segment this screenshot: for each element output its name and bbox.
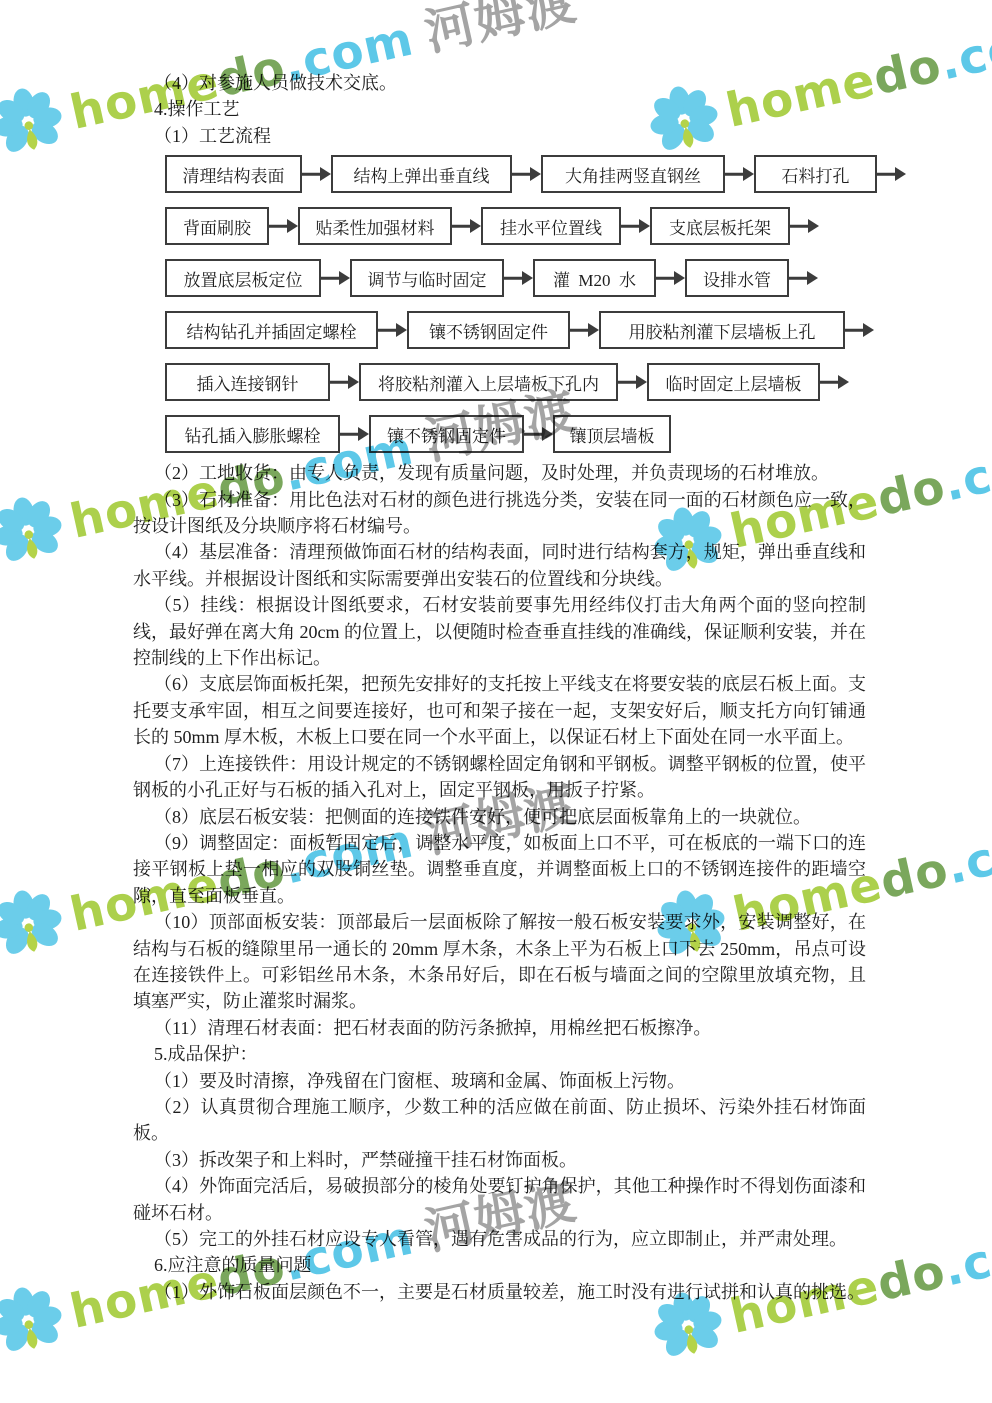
paragraph: （8）底层石板安装：把侧面的连接铁件安好，便可把底层面板靠角上的一块就位。 [133,804,866,830]
section-heading: 6.应注意的质量问题 [133,1252,866,1278]
flow-step-box: 镶顶层墙板 [553,415,671,453]
flow-step-box: 支底层板托架 [650,207,790,245]
arrow-right-icon [656,259,685,297]
arrow-right-icon [570,311,599,349]
watermark-com: .com [935,9,992,91]
arrow-right-icon [789,259,818,297]
arrow-right-icon [524,415,553,453]
flow-step-box: 设排水管 [685,259,789,297]
arrow-right-icon [790,207,819,245]
flow-step-box: 临时固定上层墙板 [647,363,820,401]
arrow-right-icon [845,311,874,349]
watermark-do: do [872,1244,950,1312]
arrow-right-icon [504,259,533,297]
paragraph: （4）对参施人员做技术交底。 [133,70,866,96]
watermark-com: .com [939,1215,992,1297]
paragraph: （11）清理石材表面：把石材表面的防污条掀掉，用棉丝把石板擦净。 [133,1015,866,1041]
flow-step-box: 钻孔插入膨胀螺栓 [165,415,340,453]
flowchart-row: 放置底层板定位 调节与临时固定 灌 M20 水 设排水管 [165,259,866,297]
homedo-flower-icon [0,79,71,165]
flow-step-box: 将胶粘剂灌入上层墙板下孔内 [359,363,618,401]
section-heading: 4.操作工艺 [133,96,866,122]
flowchart-row: 背面刷胶 贴柔性加强材料 挂水平位置线 支底层板托架 [165,207,866,245]
document-content: （4）对参施人员做技术交底。 4.操作工艺 （1）工艺流程 清理结构表面 结构上… [133,0,866,1305]
flow-step-box: 结构钻孔并插固定螺栓 [165,311,378,349]
arrow-right-icon [621,207,650,245]
watermark-com: .com [939,430,992,512]
arrow-right-icon [725,155,754,193]
section-heading: 5.成品保护： [133,1041,866,1067]
paragraph: （7）上连接铁件：用设计规定的不锈钢螺栓固定角钢和平钢板。调整平钢板的位置，使平… [133,751,866,804]
paragraph: （2）认真贯彻合理施工顺序，少数工种的活应做在前面、防止损坏、污染外挂石材饰面板… [133,1094,866,1147]
arrow-right-icon [269,207,298,245]
paragraph: （3）拆改架子和上料时，严禁碰撞干挂石材饰面板。 [133,1147,866,1173]
flow-step-box: 镶不锈钢固定件 [369,415,524,453]
flowchart-row: 钻孔插入膨胀螺栓 镶不锈钢固定件 镶顶层墙板 [165,415,866,453]
homedo-flower-icon [0,1278,71,1364]
flow-step-box: 清理结构表面 [165,155,302,193]
arrow-right-icon [618,363,647,401]
arrow-right-icon [820,363,849,401]
flow-step-box: 贴柔性加强材料 [298,207,452,245]
paragraph: （4）基层准备：清理预做饰面石材的结构表面，同时进行结构套方，规矩，弹出垂直线和… [133,539,866,592]
flow-step-box: 调节与临时固定 [350,259,504,297]
paragraph: （4）外饰面完活后，易破损部分的棱角处要钉护角保护，其他工种操作时不得划伤面漆和… [133,1173,866,1226]
paragraph: （5）挂线：根据设计图纸要求，石材安装前要事先用经纬仪打击大角两个面的竖向控制线… [133,592,866,671]
paragraph: （3）石材准备：用比色法对石材的颜色进行挑选分类，安装在同一面的石材颜色应一致，… [133,487,866,540]
paragraph: （10）顶部面板安装：顶部最后一层面板除了解按一般石板安装要求外，安装调整好，在… [133,909,866,1015]
process-flowchart: 清理结构表面 结构上弹出垂直线 大角挂两竖直钢丝 石料打孔 背面刷胶 贴柔性加强… [165,155,866,453]
arrow-right-icon [302,155,331,193]
flow-step-box: 石料打孔 [754,155,877,193]
homedo-flower-icon [0,881,71,967]
watermark-do: do [868,38,946,106]
watermark-com: .com [942,813,992,895]
arrow-right-icon [378,311,407,349]
flow-step-box: 镶不锈钢固定件 [407,311,570,349]
flow-step-box: 挂水平位置线 [481,207,621,245]
flow-step-box: 用胶粘剂灌下层墙板上孔 [599,311,845,349]
paragraph: （1）要及时清擦，净残留在门窗框、玻璃和金属、饰面板上污物。 [133,1068,866,1094]
paragraph: （9）调整固定：面板暂固定后，调整水平度，如板面上口不平，可在板底的一端下口的连… [133,830,866,909]
watermark-do: do [875,842,953,910]
document-page: homedo.com河姆渡 homedo.com河姆渡 homedo.com河姆… [0,0,992,1403]
flow-step-box: 放置底层板定位 [165,259,321,297]
homedo-flower-icon [0,488,71,574]
flowchart-row: 插入连接钢针 将胶粘剂灌入上层墙板下孔内 临时固定上层墙板 [165,363,866,401]
watermark-do: do [872,459,950,527]
arrow-right-icon [330,363,359,401]
arrow-right-icon [512,155,541,193]
flowchart-row: 结构钻孔并插固定螺栓 镶不锈钢固定件 用胶粘剂灌下层墙板上孔 [165,311,866,349]
flow-step-box: 插入连接钢针 [165,363,330,401]
flow-step-box: 结构上弹出垂直线 [331,155,512,193]
paragraph: （2）工地收货：由专人负责，发现有质量问题，及时处理，并负责现场的石材堆放。 [133,460,866,486]
paragraph: （1）工艺流程 [133,123,866,149]
flowchart-row: 清理结构表面 结构上弹出垂直线 大角挂两竖直钢丝 石料打孔 [165,155,866,193]
paragraph: （5）完工的外挂石材应设专人看管，遇有危害成品的行为，应立即制止，并严肃处理。 [133,1226,866,1252]
flow-step-box: 大角挂两竖直钢丝 [541,155,725,193]
flow-step-box: 背面刷胶 [165,207,269,245]
paragraph: （6）支底层饰面板托架，把预先安排好的支托按上平线支在将要安装的底层石板上面。支… [133,671,866,750]
arrow-right-icon [452,207,481,245]
arrow-right-icon [340,415,369,453]
paragraph: （1）外饰石板面层颜色不一，主要是石材质量较差，施工时没有进行试拼和认真的挑选。 [133,1279,866,1305]
arrow-right-icon [321,259,350,297]
arrow-right-icon [877,155,906,193]
flow-step-box: 灌 M20 水 [533,259,656,297]
